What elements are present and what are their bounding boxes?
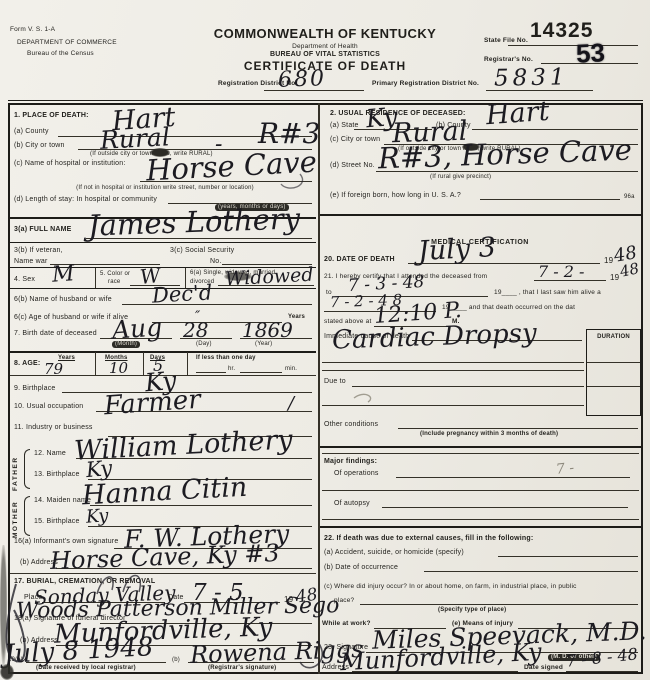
- hr-underline: [196, 372, 226, 373]
- mother-birthplace-label: 15. Birthplace: [34, 518, 80, 526]
- section-divider: [10, 242, 316, 243]
- spouse-value-handwriting: Dec'd: [151, 282, 212, 306]
- section-divider: [320, 446, 641, 448]
- age-cell-divider: [95, 352, 96, 375]
- injury-place-note: (Specify type of place): [438, 607, 506, 614]
- section-divider: [10, 573, 316, 574]
- major-findings-label: Major findings:: [324, 458, 377, 466]
- ssn-no-label: No.: [210, 258, 222, 266]
- injury-place-label: place?: [334, 597, 354, 604]
- registrar-date-caption: (Date received by local registrar): [36, 665, 136, 672]
- age-months-value: 10: [109, 361, 128, 376]
- occurrence-date-underline: [424, 571, 638, 572]
- birth-month-handwriting: Aug: [111, 314, 163, 342]
- length-of-stay-label: (d) Length of stay: In hospital or commu…: [14, 196, 157, 204]
- sex-value-handwriting: M: [51, 263, 75, 287]
- county-label: (a) County: [14, 128, 49, 136]
- residence-county-handwriting: Hart: [485, 98, 550, 129]
- father-birthplace-handwriting: Ky: [85, 458, 113, 481]
- from-year-printed: 19: [610, 273, 619, 282]
- due-to-extra-line: [322, 405, 584, 406]
- birth-day-handwriting: 28: [183, 320, 208, 340]
- primary-district-value: 5831: [494, 66, 569, 90]
- informant-address-handwriting: Horse Cave, Ky #3: [50, 541, 280, 573]
- father-name-label: 12. Name: [34, 450, 66, 458]
- cause-extra-line: [322, 370, 584, 371]
- registration-district-value: 680: [278, 68, 327, 92]
- cause-of-death-handwriting: Cardiac Dropsy: [332, 320, 538, 353]
- birthplace-label: 9. Birthplace: [14, 385, 56, 393]
- occupation-stray-mark: /: [288, 395, 294, 413]
- attended-from-handwriting: 7 - 2 -: [538, 264, 584, 280]
- duration-box: [586, 329, 641, 416]
- bureau-of-census-label: Bureau of the Census: [27, 50, 94, 57]
- duration-cell-line: [587, 386, 640, 387]
- of-operations-label: Of operations: [334, 470, 379, 478]
- of-autopsy-underline: [382, 507, 628, 508]
- department-of-commerce-label: DEPARTMENT OF COMMERCE: [17, 39, 117, 46]
- commonwealth-title: COMMONWEALTH OF KENTUCKY: [175, 27, 475, 42]
- registrars-no-label: Registrar's No.: [484, 56, 533, 63]
- accident-underline: [498, 556, 638, 557]
- street-no-label: (d) Street No.: [330, 162, 375, 170]
- duration-label: DURATION: [586, 334, 641, 341]
- spouse-name-label: 6(b) Name of husband or wife: [14, 296, 112, 304]
- fullname-label: 3(a) FULL NAME: [14, 226, 72, 234]
- cell-divider: [95, 268, 96, 288]
- accident-label: (a) Accident, suicide, or homicide (spec…: [324, 549, 464, 557]
- section-divider: [320, 214, 641, 216]
- year-caption: (Year): [255, 341, 272, 348]
- primary-district-label: Primary Registration District No.: [372, 80, 479, 87]
- min-underline: [240, 372, 282, 373]
- state-file-label: State File No.: [484, 37, 528, 44]
- due-to-label: Due to: [324, 378, 346, 386]
- due-to-underline: [352, 386, 584, 387]
- foreign-born-underline: [480, 199, 620, 200]
- other-conditions-label: Other conditions: [324, 421, 378, 429]
- veteran-label: 3(b) If veteran,: [14, 247, 63, 255]
- section-divider: [10, 351, 316, 353]
- street-no-handwriting: R#3, Horse Cave: [378, 136, 633, 174]
- color-race-label2: race: [108, 279, 120, 286]
- scan-edge-streak: [0, 545, 7, 665]
- from-year-handwriting: 48: [619, 261, 641, 280]
- dod-year-printed: 19: [604, 256, 613, 265]
- section-divider: [320, 526, 641, 528]
- state-file-underline: [508, 45, 638, 46]
- birth-date-label: 7. Birth date of deceased: [14, 330, 97, 338]
- mother-side-label: MOTHER: [12, 496, 19, 538]
- less-than-one-day-label: If less than one day: [196, 355, 256, 362]
- birth-year-handwriting: 1869: [242, 320, 293, 340]
- month-caption: (Month): [112, 341, 140, 348]
- foreign-ref-number: 96a: [624, 194, 635, 201]
- registrar-stamp-53: 53: [575, 37, 606, 69]
- duration-cell-line: [587, 362, 640, 363]
- occupation-value-handwriting: Farmer: [103, 387, 201, 420]
- external-causes-title: 22. If death was due to external causes,…: [324, 535, 533, 543]
- father-birthplace-label: 13. Birthplace: [34, 471, 80, 479]
- foreign-born-label: (e) If foreign born, how long in U. S. A…: [330, 192, 461, 200]
- color-race-label: 5. Color or: [100, 271, 130, 278]
- sex-label: 4. Sex: [14, 276, 35, 284]
- department-of-health-label: Department of Health: [175, 43, 475, 50]
- while-at-work-label: While at work?: [322, 620, 371, 627]
- place-of-death-title: 1. PLACE OF DEATH:: [14, 112, 89, 120]
- hr-label: hr.: [228, 366, 235, 373]
- father-bracket: [24, 449, 30, 489]
- hospital-note: (If not in hospital or institution write…: [30, 185, 300, 192]
- death-certificate-document: Form V. S. 1-A DEPARTMENT OF COMMERCE Bu…: [0, 0, 650, 680]
- findings-top-line: [322, 453, 639, 454]
- registrar-date-handwriting: July 8 1948: [3, 634, 154, 668]
- age-cell-divider: [187, 352, 188, 375]
- residence-city-label: (c) City or town: [330, 136, 380, 144]
- day-caption: (Day): [196, 341, 212, 348]
- findings-mid-line: [322, 490, 639, 491]
- operations-pencil-mark: 7 -: [555, 461, 574, 477]
- occurrence-date-label: (b) Date of occurrence: [324, 564, 398, 572]
- hospital-value-handwriting: Horse Cave: [145, 148, 317, 186]
- injury-where-label: (c) Where did injury occur? In or about …: [324, 583, 577, 590]
- other-conditions-underline: [398, 428, 638, 429]
- certify-line3-label: 19 ____ and that death occurred on the d…: [442, 304, 575, 311]
- date-signed-label: Date signed: [524, 664, 563, 671]
- column-divider: [318, 103, 320, 674]
- industry-label: 11. Industry or business: [14, 424, 93, 432]
- date-signed-underline: [566, 671, 638, 672]
- spouse-underline: [122, 304, 312, 305]
- min-label: min.: [285, 366, 297, 373]
- mother-birthplace-handwriting: Ky: [85, 507, 109, 527]
- certify-line2-label: 19____ , that I last saw him alive a: [494, 289, 601, 296]
- fullname-value-handwriting: James Lothery: [88, 204, 301, 240]
- form-number: Form V. S. 1-A: [10, 26, 55, 33]
- registrar-signature-caption: (Registrar's signature): [208, 665, 276, 672]
- father-side-label: FATHER: [12, 449, 19, 491]
- name-war-label: Name war: [14, 258, 48, 266]
- scan-corner-blot: [0, 664, 14, 680]
- city-or-town-label: (b) City or town: [14, 142, 65, 150]
- social-security-label: 3(c) Social Security: [170, 247, 234, 255]
- date-of-death-handwriting: July 3: [417, 234, 496, 265]
- marital-value-handwriting: Widowed: [225, 266, 314, 290]
- cause-extra-line: [322, 362, 584, 363]
- registrar-b-label: (b): [172, 657, 180, 664]
- mother-bracket: [24, 496, 30, 536]
- mother-name-handwriting: Hanna Citin: [81, 474, 247, 510]
- bureau-vital-statistics-label: BUREAU OF VITAL STATISTICS: [175, 51, 475, 59]
- age-label: 8. AGE:: [14, 360, 40, 368]
- occupation-label: 10. Usual occupation: [14, 403, 83, 411]
- date-of-death-label: 20. DATE OF DEATH: [324, 256, 395, 264]
- other-conditions-note: (Include pregnancy within 3 months of de…: [420, 431, 558, 438]
- findings-bottom-line: [322, 519, 639, 520]
- of-autopsy-label: Of autopsy: [334, 500, 370, 508]
- hospital-label: (c) Name of hospital or institution:: [14, 160, 125, 168]
- injury-place-underline: [360, 604, 638, 605]
- street-note: (If rural give precinct): [430, 174, 491, 181]
- of-operations-underline: [396, 477, 630, 478]
